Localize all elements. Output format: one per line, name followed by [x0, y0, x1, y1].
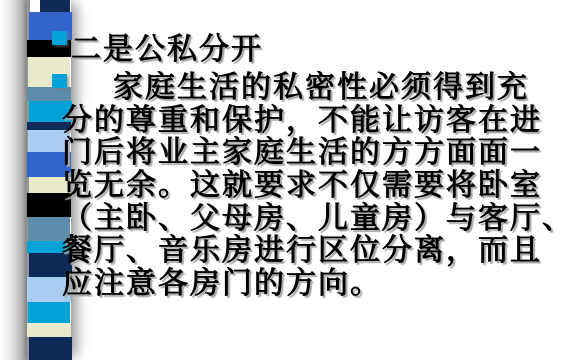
bullet-square-icon	[52, 31, 67, 45]
strip-block	[28, 302, 70, 323]
slide-canvas: 二是公私分开 家庭生活的私密性必须得到充分的尊重和保护，不能让访客在进门后将业主…	[0, 0, 570, 360]
strip-block	[40, 0, 70, 12]
slide-body-paragraph: 家庭生活的私密性必须得到充分的尊重和保护，不能让访客在进门后将业主家庭生活的方方…	[62, 72, 568, 301]
slide-title: 二是公私分开	[71, 24, 263, 68]
paragraph-line: 分的尊重和保护，不能让访客在进	[62, 105, 568, 138]
left-edge-shadow	[0, 0, 30, 360]
paragraph-line: （主卧、父母房、儿童房）与客厅、	[62, 203, 568, 236]
paragraph-line: 家庭生活的私密性必须得到充	[62, 72, 568, 105]
strip-block	[27, 323, 71, 337]
strip-block	[29, 337, 72, 360]
paragraph-line: 门后将业主家庭生活的方方面面一	[62, 137, 568, 170]
paragraph-line: 应注意各房门的方向。	[62, 268, 568, 301]
paragraph-line: 餐厅、音乐房进行区位分离，而且	[62, 235, 568, 268]
paragraph-line: 览无余。这就要求不仅需要将卧室	[62, 170, 568, 203]
